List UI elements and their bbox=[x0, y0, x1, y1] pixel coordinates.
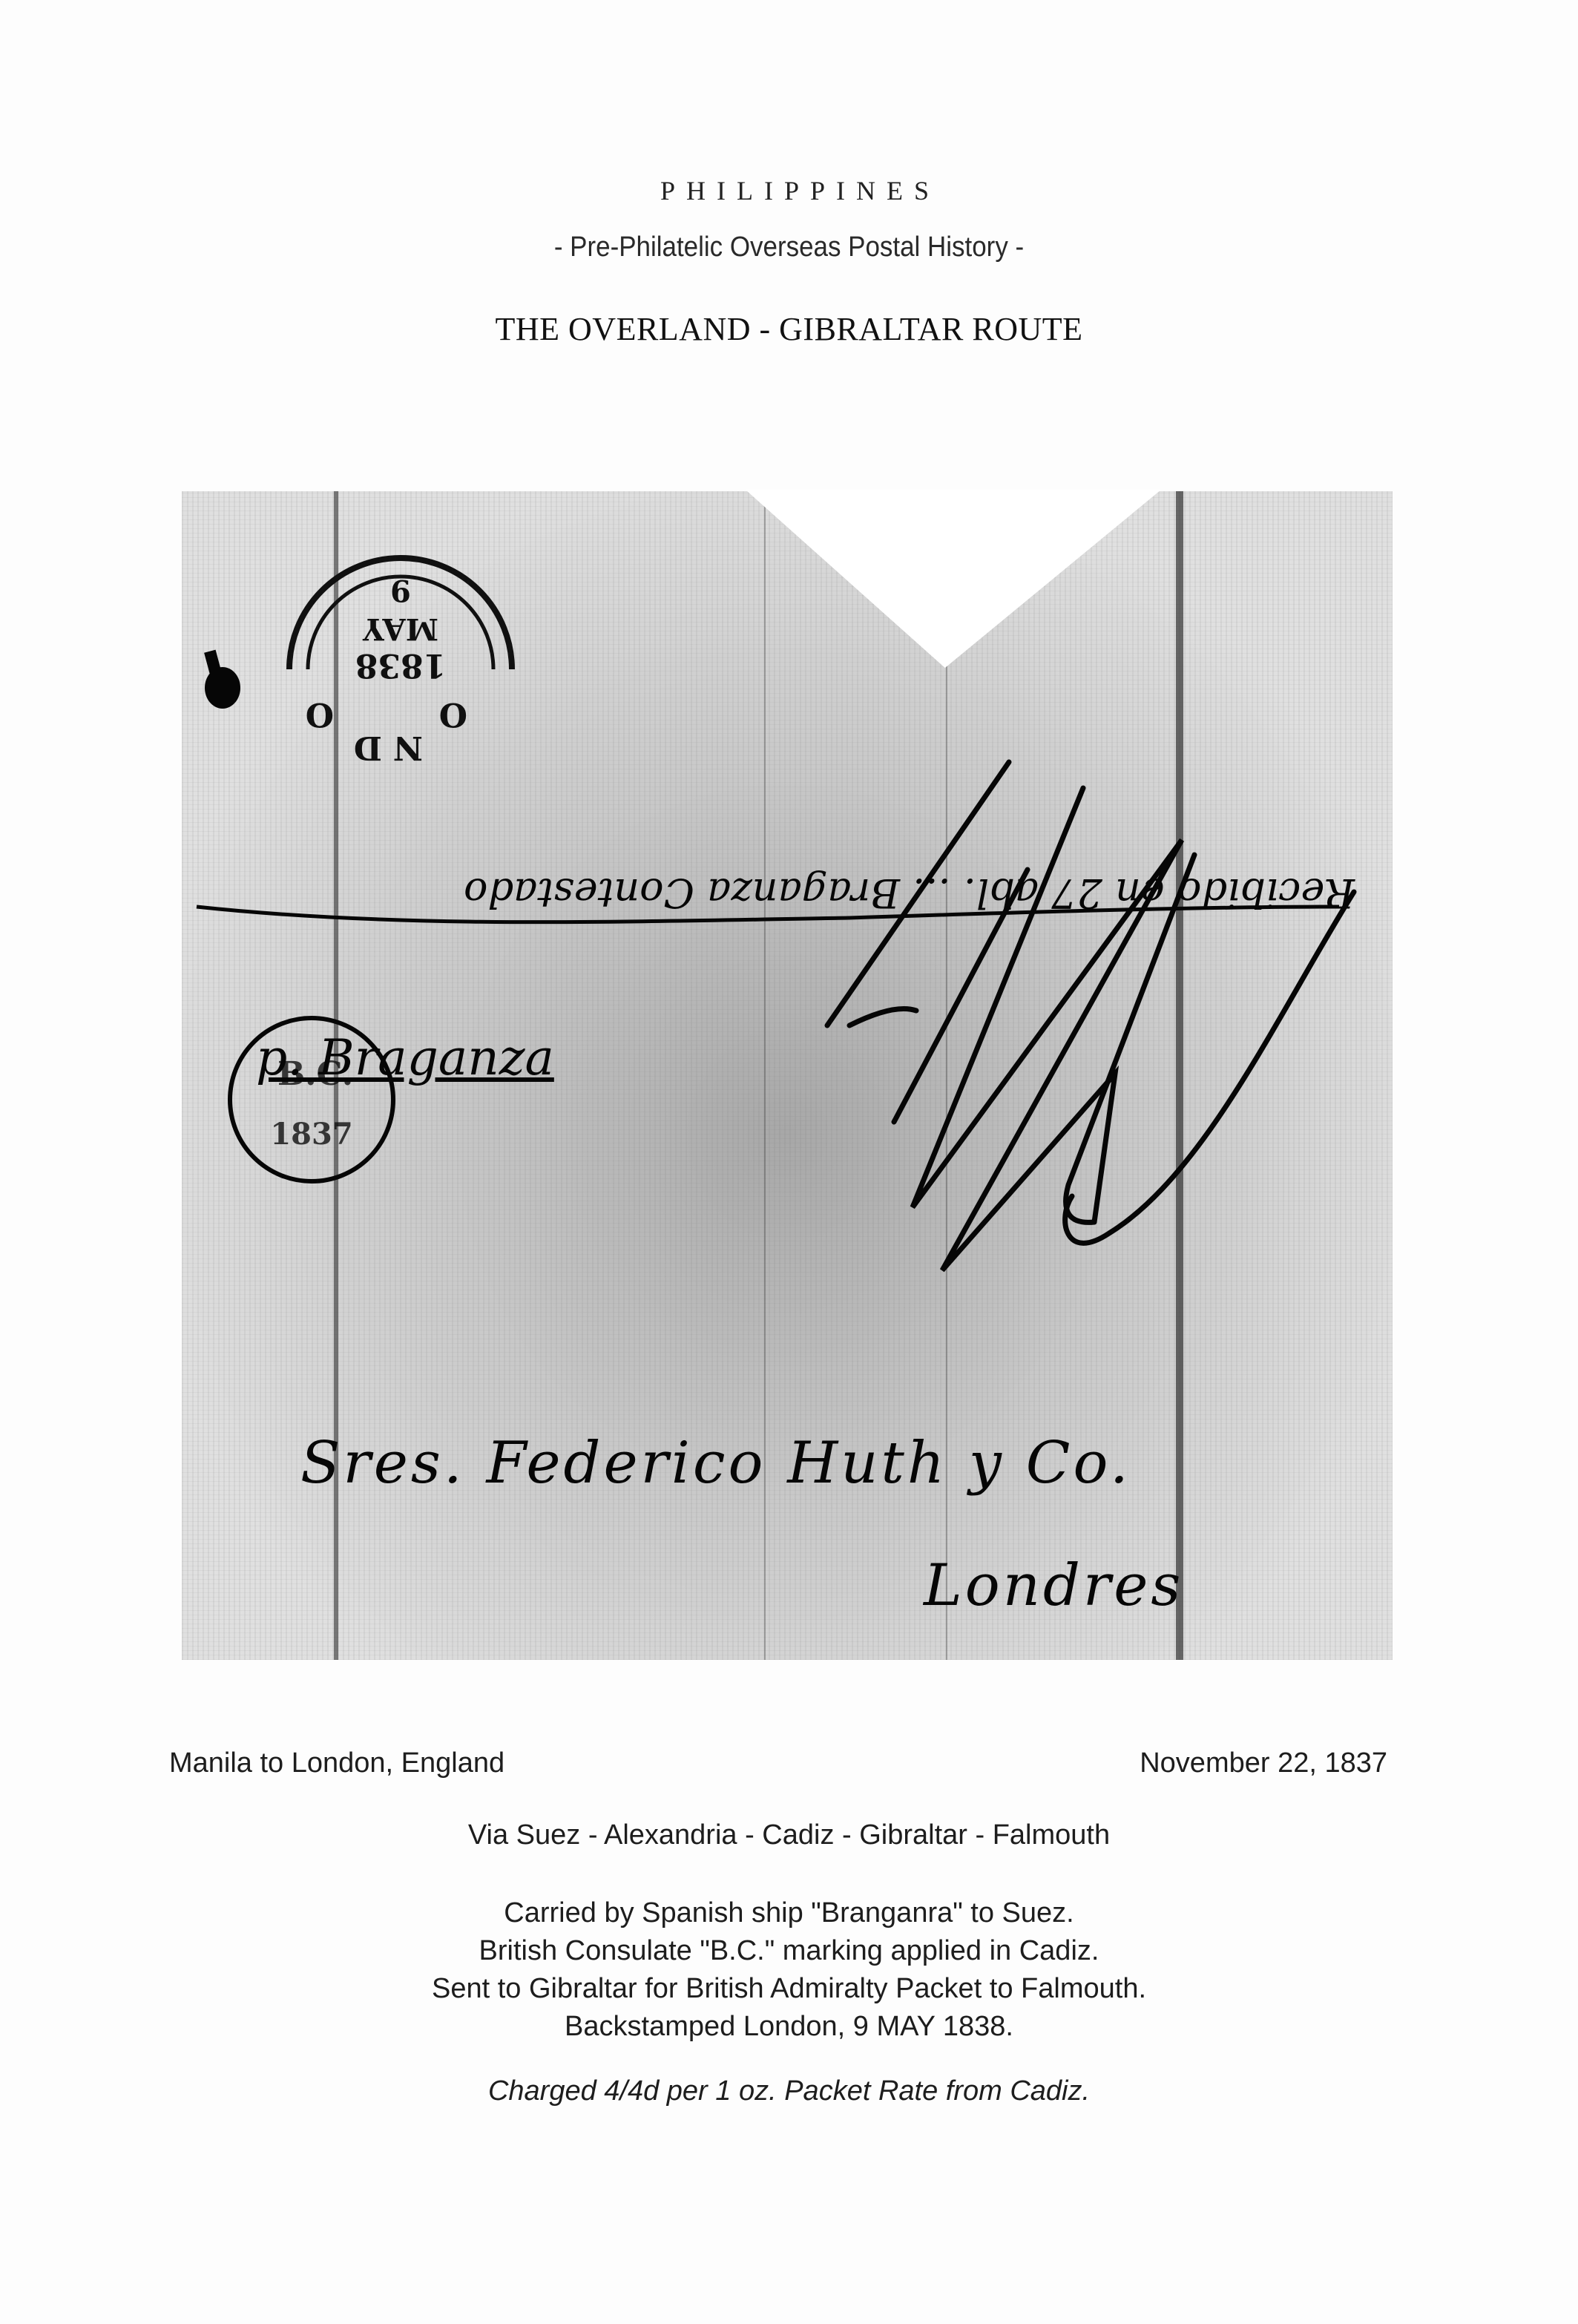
page-title: THE OVERLAND - GIBRALTAR ROUTE bbox=[0, 310, 1578, 348]
notes-block: Carried by Spanish ship "Branganra" to S… bbox=[0, 1894, 1578, 2046]
svg-text:N: N bbox=[393, 729, 423, 767]
cover-photocopy: 1838 MAY 9 O D N O B.C. 1837 bbox=[182, 491, 1393, 1660]
city-handwriting: Londres bbox=[924, 1552, 1183, 1619]
letter-date: November 22, 1837 bbox=[1140, 1747, 1387, 1779]
exhibit-page: PHILIPPINES - Pre-Philatelic Overseas Po… bbox=[0, 0, 1578, 2324]
svg-text:O: O bbox=[439, 695, 467, 733]
svg-text:1838: 1838 bbox=[355, 646, 446, 684]
route-description: Via Suez - Alexandria - Cadiz - Gibralta… bbox=[0, 1819, 1578, 1851]
note-line: Carried by Spanish ship "Branganra" to S… bbox=[0, 1894, 1578, 1932]
addressee-handwriting: Sres. Federico Huth y Co. bbox=[300, 1430, 1131, 1497]
note-line: British Consulate "B.C." marking applied… bbox=[0, 1932, 1578, 1970]
upside-down-docket: Recibido en 27 abl. ... Braganza Contest… bbox=[464, 870, 1355, 916]
ship-name-handwriting: p. Braganza bbox=[256, 1029, 554, 1086]
svg-text:O: O bbox=[306, 695, 334, 733]
country-heading: PHILIPPINES bbox=[0, 175, 1578, 206]
svg-text:D: D bbox=[354, 729, 382, 767]
svg-text:MAY: MAY bbox=[363, 611, 438, 646]
subtitle: - Pre-Philatelic Overseas Postal History… bbox=[63, 232, 1515, 263]
origin-destination: Manila to London, England bbox=[169, 1747, 504, 1779]
note-line: Backstamped London, 9 MAY 1838. bbox=[0, 2008, 1578, 2046]
london-backstamp-icon: 1838 MAY 9 O D N O bbox=[289, 558, 512, 767]
rate-mark-icon bbox=[204, 650, 240, 709]
svg-text:9: 9 bbox=[390, 573, 411, 608]
postage-charge: Charged 4/4d per 1 oz. Packet Rate from … bbox=[0, 2075, 1578, 2107]
signature-icon bbox=[827, 762, 1354, 1270]
note-line: Sent to Gibraltar for British Admiralty … bbox=[0, 1970, 1578, 2008]
svg-text:1837: 1837 bbox=[270, 1117, 352, 1152]
